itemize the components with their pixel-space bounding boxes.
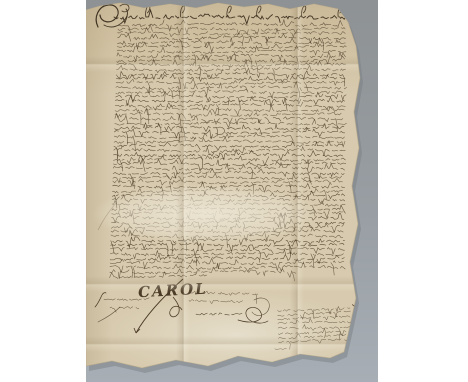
fold-crease-horizontal-1 bbox=[86, 56, 378, 72]
page-background: CAROL bbox=[0, 0, 468, 382]
fold-crease-horizontal-2 bbox=[86, 276, 378, 292]
fold-crease-horizontal-3 bbox=[86, 336, 378, 352]
manuscript-photo: CAROL bbox=[86, 0, 378, 382]
manuscript-canvas: CAROL bbox=[86, 0, 378, 382]
faded-patch bbox=[91, 184, 321, 244]
parchment-top-tint bbox=[86, 0, 378, 95]
